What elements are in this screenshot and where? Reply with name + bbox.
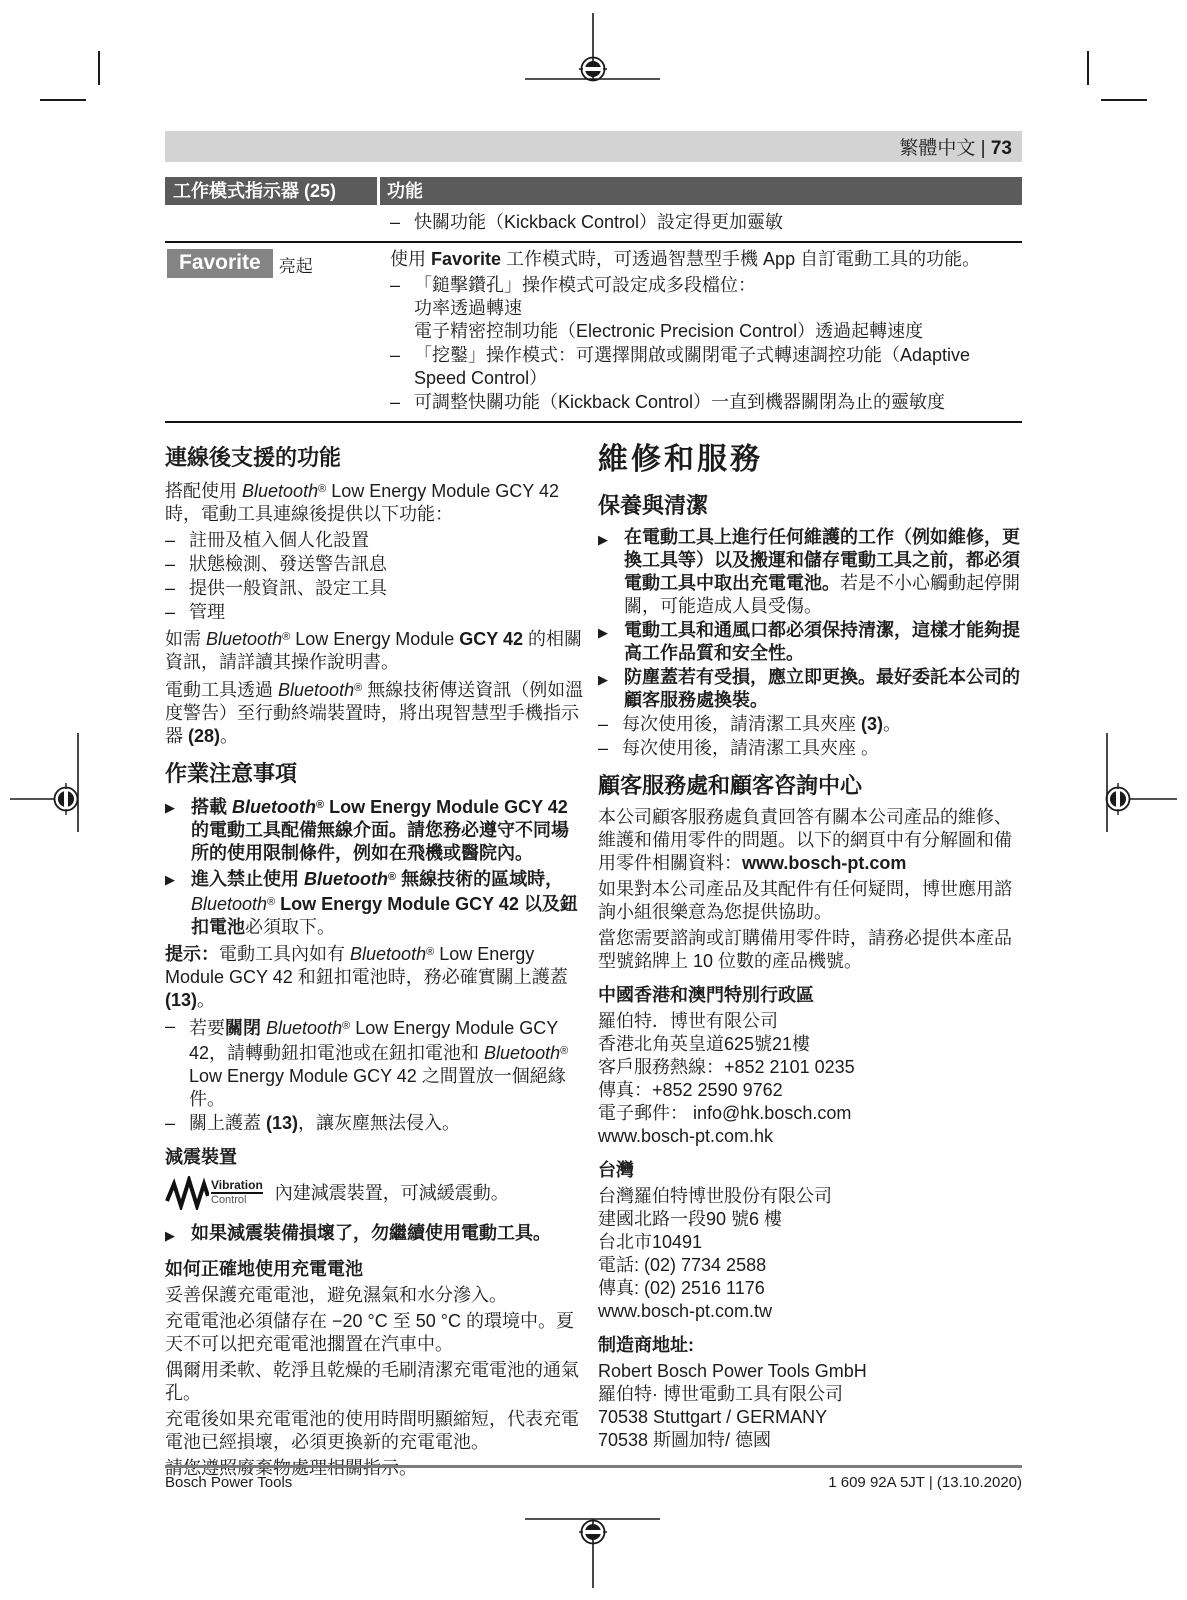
registration-mark-bottom <box>520 1512 666 1592</box>
contact-line: 傳真：+852 2590 9762 <box>598 1079 1022 1102</box>
contact-line: 台灣羅伯特博世股份有限公司 <box>598 1185 1022 1208</box>
mode-indicator-table: 工作模式指示器 (25) 功能 – 快關功能（Kickback Control）… <box>165 177 1022 423</box>
dash-marker: – <box>165 529 189 552</box>
dash-marker: – <box>598 713 622 736</box>
warning-item: ▶ 搭載 Bluetooth® Low Energy Module GCY 42… <box>165 794 585 865</box>
contact-title-taiwan: 台灣 <box>598 1159 1022 1182</box>
contact-line: 羅伯特· 博世電動工具有限公司 <box>598 1383 1022 1406</box>
dash-marker: – <box>165 577 189 600</box>
list-item: – 可調整快關功能（Kickback Control）一直到機器關閉為止的靈敏度 <box>390 391 1018 414</box>
favorite-badge-state: 亮起 <box>279 257 313 276</box>
dash-marker: – <box>165 601 189 624</box>
table-header-row: 工作模式指示器 (25) 功能 <box>165 177 1022 205</box>
crop-mark-top-right-horizontal <box>1101 99 1147 101</box>
crop-mark-top-right-vertical <box>1087 51 1089 85</box>
list-item: – 關上護蓋 (13)，讓灰塵無法侵入。 <box>165 1112 585 1135</box>
page-language-and-number: 繁體中文 | 73 <box>899 133 1012 160</box>
paragraph: 搭配使用 Bluetooth® Low Energy Module GCY 42… <box>165 478 585 526</box>
dash-marker: – <box>390 344 414 390</box>
footer-doc-number: 1 609 92A 5JT | (13.10.2020) <box>828 1474 1022 1491</box>
contact-title-manufacturer: 制造商地址: <box>598 1334 1022 1357</box>
list-item: – 「鎚擊鑽孔」操作模式可設定成多段檔位： 功率透過轉速 電子精密控制功能（El… <box>390 274 1018 343</box>
paragraph: 妥善保護充電電池，避免濕氣和水分滲入。 <box>165 1284 585 1307</box>
contact-line: www.bosch-pt.com.tw <box>598 1300 1022 1323</box>
vibration-control-icon: Vibration Control <box>165 1176 263 1210</box>
paragraph: 如果對本公司產品及其配件有任何疑問，博世應用諮詢小組很樂意為您提供協助。 <box>598 878 1022 924</box>
section-title-customer-service: 顧客服務處和顧客咨詢中心 <box>598 772 1022 799</box>
list-item: – 註冊及植入個人化設置 <box>165 529 585 552</box>
subsection-title-vibration: 減震裝置 <box>165 1146 585 1169</box>
contact-line: 傳真: (02) 2516 1176 <box>598 1277 1022 1300</box>
arrow-marker: ▶ <box>165 866 191 939</box>
manual-page: 繁體中文 | 73 工作模式指示器 (25) 功能 – 快關功能（Kickbac… <box>0 0 1187 1600</box>
favorite-mode-badge: Favorite <box>167 249 273 278</box>
paragraph: 如需 Bluetooth® Low Energy Module GCY 42 的… <box>165 626 585 674</box>
left-column: 連線後支援的功能 搭配使用 Bluetooth® Low Energy Modu… <box>165 440 585 1483</box>
list-item: – 每次使用後，請清潔工具夾座 (3)。 <box>598 713 1022 736</box>
vibration-row: Vibration Control 內建減震裝置，可減緩震動。 <box>165 1176 585 1210</box>
contact-hongkong: 中國香港和澳門特別行政區 羅伯特．博世有限公司 香港北角英皇道625號21樓 客… <box>598 984 1022 1148</box>
page-footer: Bosch Power Tools 1 609 92A 5JT | (13.10… <box>165 1474 1022 1491</box>
chapter-title-service: 維修和服務 <box>598 442 1022 478</box>
registration-mark-right <box>1097 725 1182 840</box>
dash-marker: – <box>165 553 189 576</box>
dash-marker: – <box>390 211 414 234</box>
page-body: 繁體中文 | 73 工作模式指示器 (25) 功能 – 快關功能（Kickbac… <box>165 131 1022 1483</box>
paragraph: 當您需要諮詢或訂購備用零件時，請務必提供本產品型號銘牌上 10 位數的產品機號。 <box>598 927 1022 973</box>
paragraph: 充電電池必須儲存在 −20 °C 至 50 °C 的環境中。夏天不可以把充電電池… <box>165 1310 585 1356</box>
table-row-favorite: Favorite亮起 使用 Favorite 工作模式時，可透過智慧型手機 Ap… <box>165 243 1022 421</box>
list-item: – 管理 <box>165 601 585 624</box>
list-item: – 狀態檢測、發送警告訊息 <box>165 553 585 576</box>
note-paragraph: 提示：電動工具內如有 Bluetooth® Low Energy Module … <box>165 941 585 1012</box>
dash-marker: – <box>390 391 414 414</box>
page-header-bar: 繁體中文 | 73 <box>165 131 1022 162</box>
table-header-function: 功能 <box>380 177 1022 205</box>
dash-marker: – <box>165 1112 189 1135</box>
dash-marker: – <box>390 274 414 343</box>
contact-line: 電子郵件： info@hk.bosch.com <box>598 1102 1022 1125</box>
contact-line: 台北市10491 <box>598 1231 1022 1254</box>
list-item: – 若要關閉 Bluetooth® Low Energy Module GCY … <box>165 1015 585 1111</box>
contact-line: 建國北路一段90 號6 樓 <box>598 1208 1022 1231</box>
dash-marker: – <box>165 1015 189 1111</box>
arrow-marker: ▶ <box>165 794 191 865</box>
favorite-intro: 使用 Favorite 工作模式時，可透過智慧型手機 App 自訂電動工具的功能… <box>390 248 1018 271</box>
arrow-marker: ▶ <box>598 526 624 618</box>
section-title-connected-features: 連線後支援的功能 <box>165 444 585 471</box>
table-row-kickback: – 快關功能（Kickback Control）設定得更加靈敏 <box>165 205 1022 243</box>
vibration-icon-label-2: Control <box>211 1194 263 1207</box>
list-item: – 「挖鑿」操作模式：可選擇開啟或關閉電子式轉速調控功能（Adaptive Sp… <box>390 344 1018 390</box>
arrow-marker: ▶ <box>598 619 624 665</box>
crop-mark-top-left-horizontal <box>40 99 86 101</box>
warning-item: ▶ 進入禁止使用 Bluetooth® 無線技術的區域時，Bluetooth® … <box>165 866 585 939</box>
paragraph: 偶爾用柔軟、乾淨且乾燥的毛刷清潔充電電池的通氣孔。 <box>165 1359 585 1405</box>
arrow-marker: ▶ <box>165 1222 191 1247</box>
contact-taiwan: 台灣 台灣羅伯特博世股份有限公司 建國北路一段90 號6 樓 台北市10491 … <box>598 1159 1022 1323</box>
paragraph: 電動工具透過 Bluetooth® 無線技術傳送資訊（例如溫度警告）至行動終端裝… <box>165 677 585 748</box>
footer-rule <box>165 1465 1022 1468</box>
contact-line: 客戶服務熱線：+852 2101 0235 <box>598 1056 1022 1079</box>
paragraph: 充電後如果充電電池的使用時間明顯縮短，代表充電電池已經損壞，必須更換新的充電電池… <box>165 1408 585 1454</box>
contact-line: www.bosch-pt.com.hk <box>598 1125 1022 1148</box>
vibration-icon-label-1: Vibration <box>211 1179 263 1194</box>
warning-item: ▶ 電動工具和通風口都必須保持清潔，這樣才能夠提高工作品質和安全性。 <box>598 619 1022 665</box>
contact-line: 電話: (02) 7734 2588 <box>598 1254 1022 1277</box>
contact-manufacturer: 制造商地址: Robert Bosch Power Tools GmbH 羅伯特… <box>598 1334 1022 1452</box>
section-title-work-notes: 作業注意事項 <box>165 760 585 787</box>
contact-line: 香港北角英皇道625號21樓 <box>598 1033 1022 1056</box>
registration-mark-top <box>520 8 666 88</box>
contact-line: 羅伯特．博世有限公司 <box>598 1010 1022 1033</box>
warning-item: ▶ 如果減震裝備損壞了，勿繼續使用電動工具。 <box>165 1222 585 1247</box>
footer-brand: Bosch Power Tools <box>165 1474 292 1491</box>
paragraph: 本公司顧客服務處負責回答有關本公司產品的維修、維護和備用零件的問題。以下的網頁中… <box>598 806 1022 875</box>
arrow-marker: ▶ <box>598 666 624 712</box>
warning-item: ▶ 防塵蓋若有受損，應立即更換。最好委託本公司的顧客服務處換裝。 <box>598 666 1022 712</box>
contact-title-hongkong: 中國香港和澳門特別行政區 <box>598 984 1022 1007</box>
right-column: 維修和服務 保養與清潔 ▶ 在電動工具上進行任何維護的工作（例如維修，更換工具等… <box>598 440 1022 1483</box>
registration-mark-left <box>10 725 90 840</box>
contact-line: 70538 斯圖加特/ 德國 <box>598 1429 1022 1452</box>
list-item: – 快關功能（Kickback Control）設定得更加靈敏 <box>390 211 1018 234</box>
section-title-maintenance: 保養與清潔 <box>598 492 1022 519</box>
list-item: – 提供一般資訊、設定工具 <box>165 577 585 600</box>
warning-item: ▶ 在電動工具上進行任何維護的工作（例如維修，更換工具等）以及搬運和儲存電動工具… <box>598 526 1022 618</box>
table-header-indicator: 工作模式指示器 (25) <box>165 177 380 205</box>
vibration-text: 內建減震裝置，可減緩震動。 <box>275 1182 509 1205</box>
contact-line: Robert Bosch Power Tools GmbH <box>598 1360 1022 1383</box>
crop-mark-top-left-vertical <box>98 51 100 85</box>
subsection-title-battery: 如何正確地使用充電電池 <box>165 1258 585 1281</box>
dash-marker: – <box>598 737 622 760</box>
contact-line: 70538 Stuttgart / GERMANY <box>598 1406 1022 1429</box>
list-item: – 每次使用後，請清潔工具夾座 。 <box>598 737 1022 760</box>
